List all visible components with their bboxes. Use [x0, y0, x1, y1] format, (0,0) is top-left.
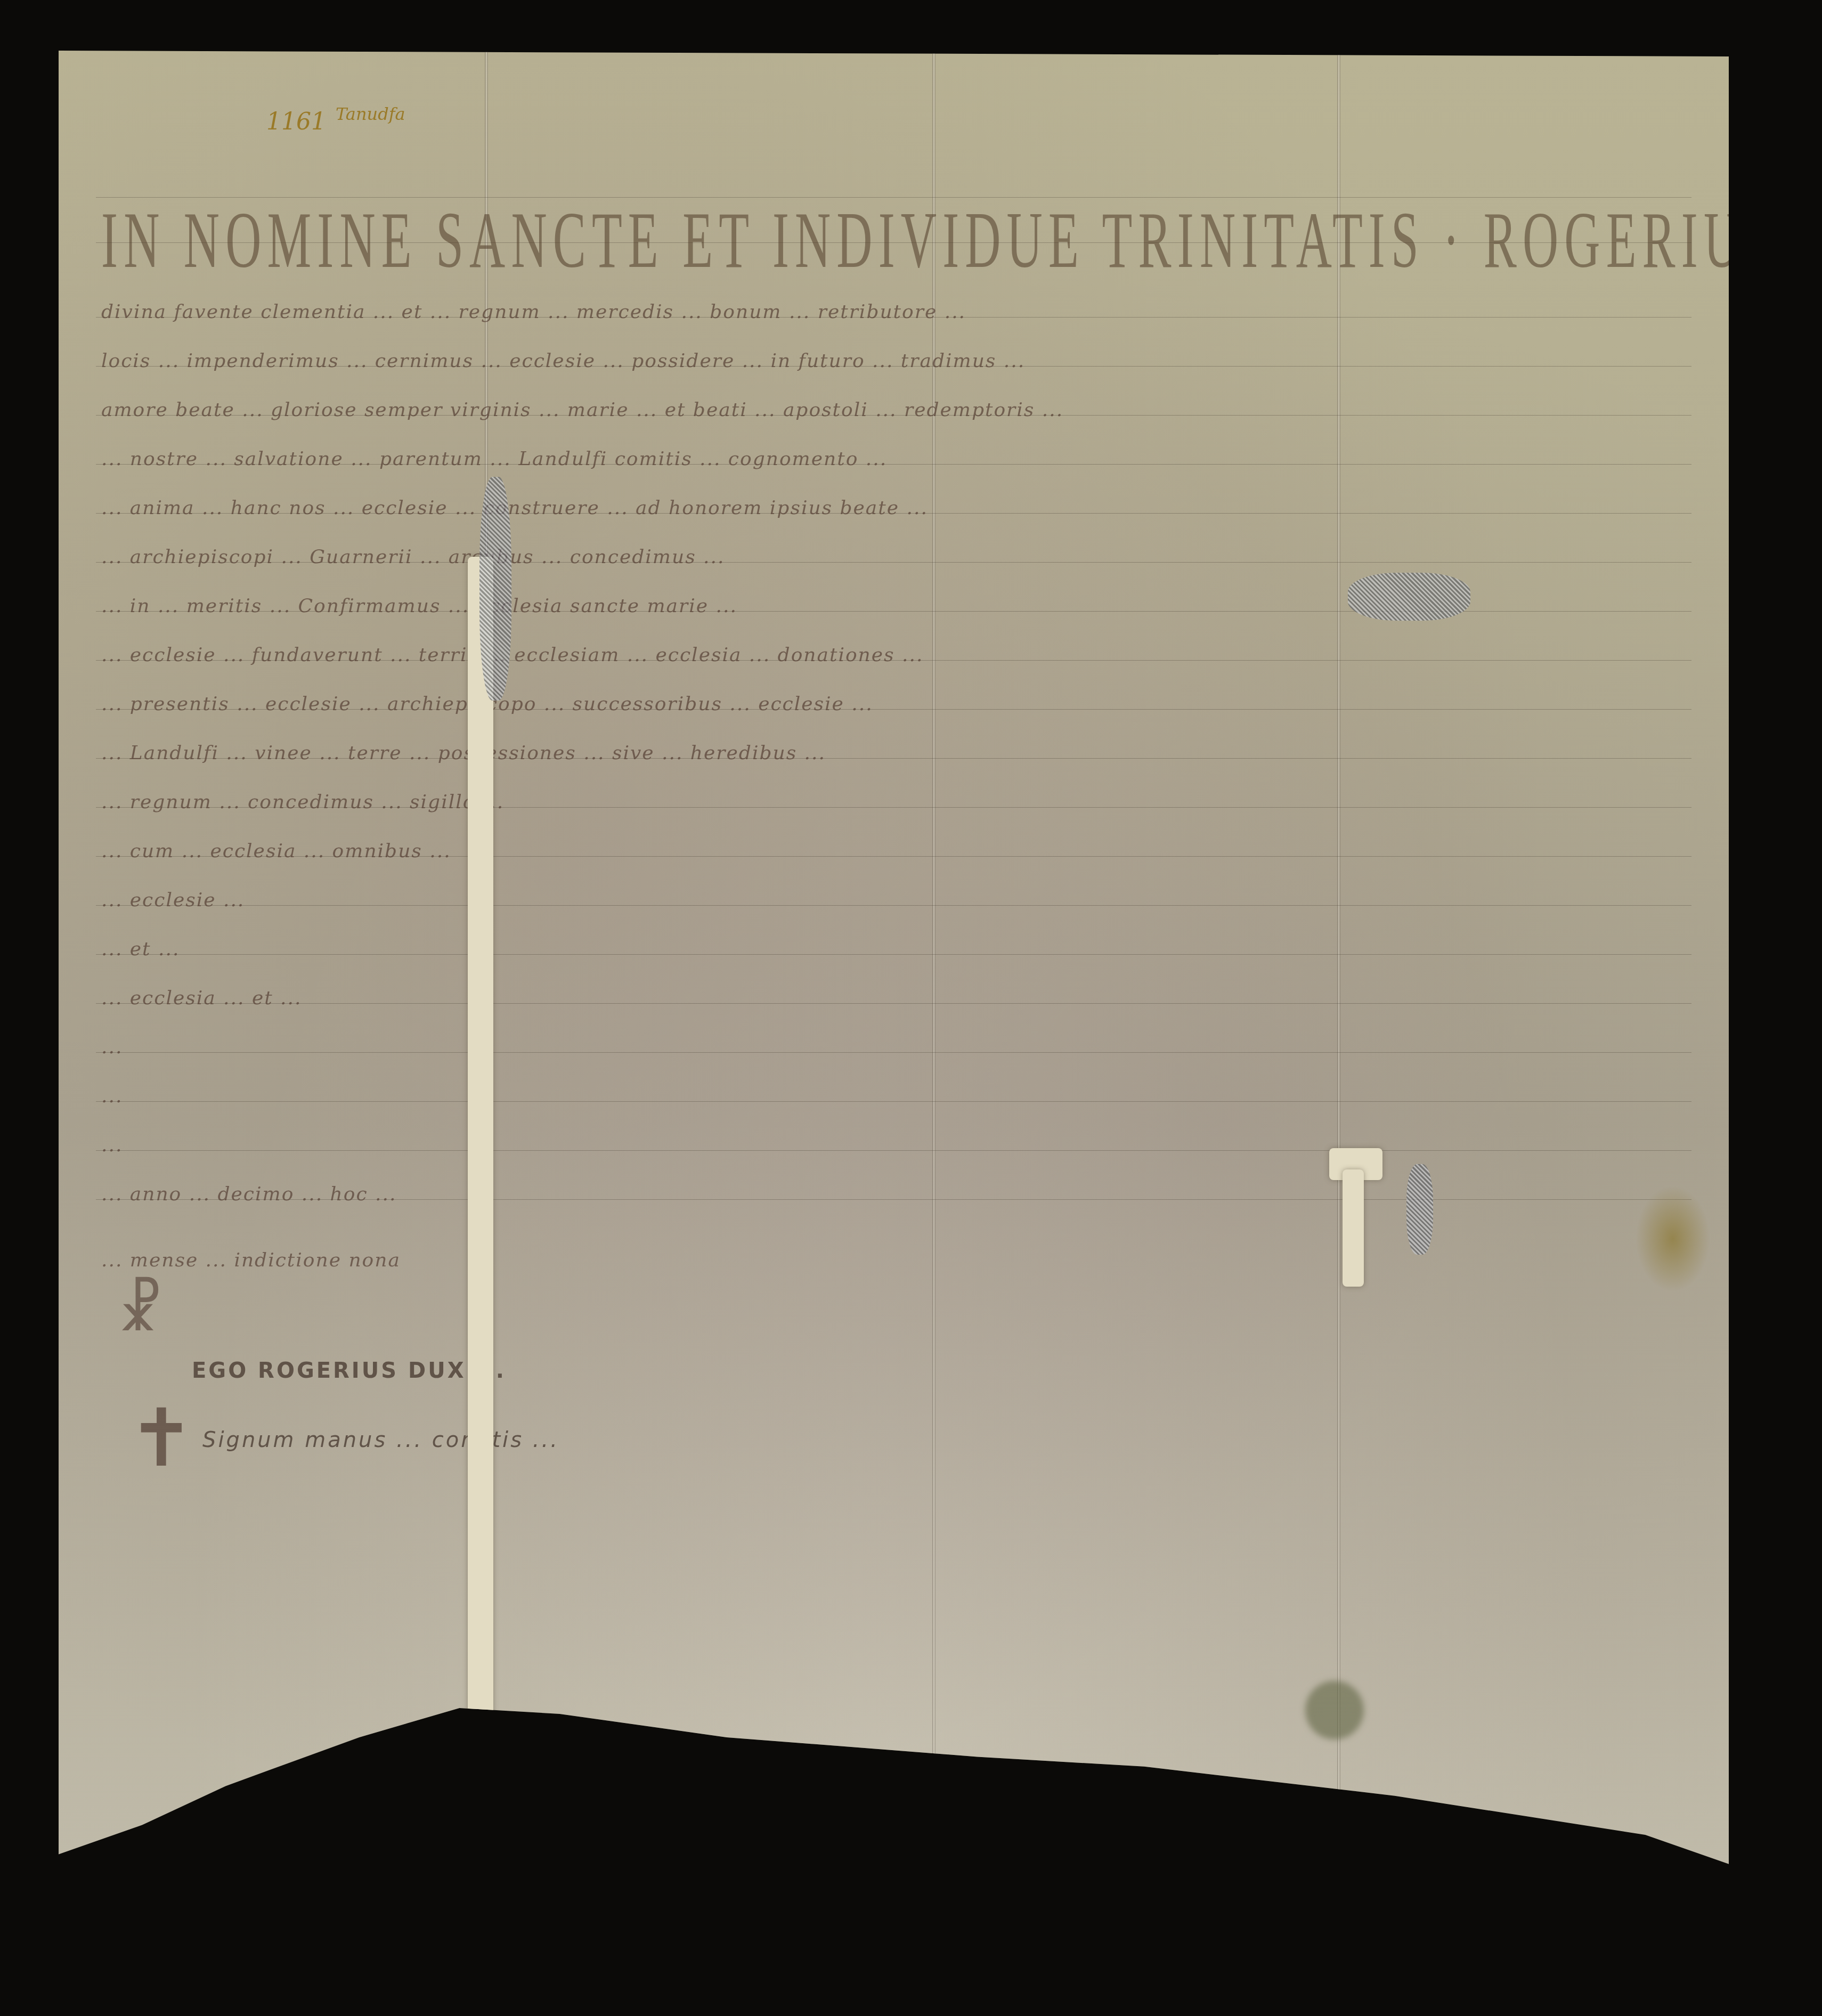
gauze-patch [1406, 1164, 1433, 1255]
charter-text-line: ... nostre ... salvatione ... parentum .… [101, 448, 1686, 470]
charter-text-line: ... [101, 1134, 1686, 1156]
repair-strip [1343, 1169, 1364, 1287]
gauze-patch [479, 477, 511, 701]
repair-strip [468, 557, 493, 1915]
vertical-fold [932, 51, 936, 2001]
charter-text-line: amore beate ... gloriose semper virginis… [101, 399, 1686, 421]
charter-text-line: ... regnum ... concedimus ... sigillo ..… [101, 791, 1686, 813]
pencil-note-date: 1161 [266, 108, 326, 135]
charter-text-line: ... anima ... hanc nos ... ecclesie ... … [101, 497, 1686, 519]
pencil-note-name: Tanudfa [336, 104, 405, 124]
subscription-signum: Signum manus ... comitis ... [202, 1428, 559, 1452]
charter-text-line: ... ecclesie ... fundaverunt ... terris … [101, 644, 1686, 666]
charter-text-line: ... [101, 1085, 1686, 1107]
charter-text-line: ... cum ... ecclesia ... omnibus ... [101, 840, 1686, 862]
chrismon-symbol: ☧ [117, 1276, 163, 1344]
parchment-charter: 1161 Tanudfa IN NOMINE SANCTE ET INDIVID… [59, 51, 1729, 2001]
charter-heading: IN NOMINE SANCTE ET INDIVIDUE TRINITATIS… [101, 194, 1092, 286]
charter-text-line: ... Landulfi ... vinee ... terre ... pos… [101, 742, 1686, 764]
charter-text-line: ... anno ... decimo ... hoc ... [101, 1183, 1686, 1205]
charter-text-line: ... archiepiscopi ... Guarnerii ... arcu… [101, 546, 1686, 568]
charter-text-line: ... presentis ... ecclesie ... archiepis… [101, 693, 1686, 715]
water-stain [458, 1745, 517, 1937]
charter-text-line: divina favente clementia ... et ... regn… [101, 301, 1686, 323]
gauze-patch [1348, 573, 1470, 621]
charter-text-line: ... et ... [101, 938, 1686, 960]
charter-text-line: ... ecclesia ... et ... [101, 987, 1686, 1009]
charter-text-line: ... [101, 1036, 1686, 1058]
charter-text-line: locis ... impenderimus ... cernimus ... … [101, 350, 1686, 372]
signum-cross-icon: ✝ [128, 1399, 195, 1478]
charter-text-line: ... ecclesie ... [101, 889, 1686, 911]
dating-clause: ... mense ... indictione nona [101, 1249, 421, 1271]
seal-residue [1636, 1185, 1710, 1292]
subscription-duke: EGO ROGERIUS DUX ... [192, 1359, 506, 1383]
mould-stain [1305, 1681, 1364, 1739]
